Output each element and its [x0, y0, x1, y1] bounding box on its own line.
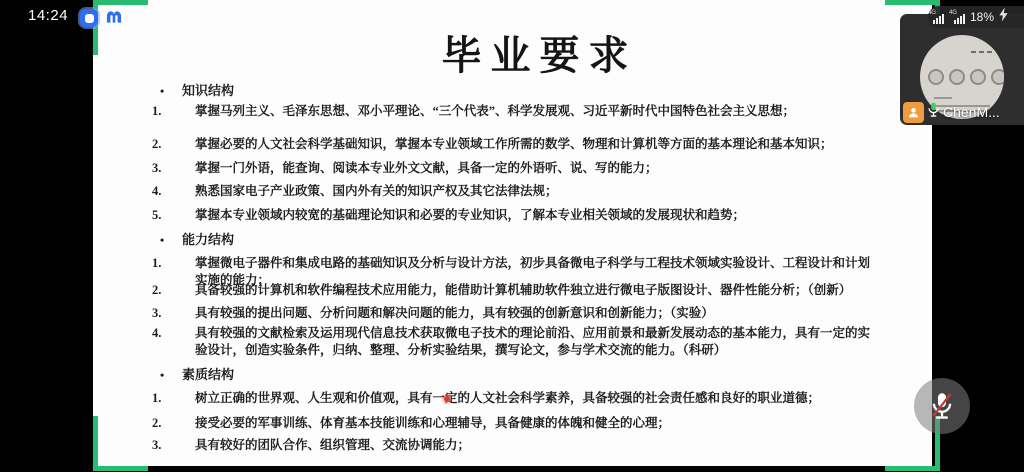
shared-slide: 毕业要求 • 知识结构 1. 掌握马列主义、毛泽东思想、邓小平理论、“三个代表”…: [93, 0, 932, 466]
battery-percent: 18%: [970, 10, 994, 24]
item-text: 掌握一门外语，能查询、阅读本专业外文文献，具备一定的外语听、说、写的能力；: [195, 160, 872, 177]
status-bar-time: 14:24: [28, 7, 68, 24]
participant-video-tile[interactable]: ChenM...: [900, 14, 1024, 125]
section-heading-label: 知识结构: [182, 83, 234, 99]
chat-dot-icon: [85, 14, 94, 23]
item-number: 3.: [152, 305, 195, 322]
avatar-detail: [971, 51, 992, 53]
status-bar-right: 4G 4G 18%: [928, 7, 1008, 27]
section-heading-label: 素质结构: [182, 367, 234, 383]
chat-notification-icon: [80, 9, 98, 27]
signal-strength-icon: 4G: [949, 10, 965, 25]
item-text: 熟悉国家电子产业政策、国内外有关的知识产权及其它法律法规；: [195, 183, 872, 200]
section-heading-label: 能力结构: [182, 232, 234, 248]
item-number: 1.: [152, 103, 195, 120]
item-text: 掌握本专业领域内较宽的基础理论知识和必要的专业知识，了解本专业相关领域的发展现状…: [195, 207, 872, 224]
video-call-screen: 毕业要求 • 知识结构 1. 掌握马列主义、毛泽东思想、邓小平理论、“三个代表”…: [0, 0, 1024, 472]
list-item: 3. 具有较好的团队合作、组织管理、交流协调能力；: [152, 437, 872, 454]
section-heading-knowledge: • 知识结构: [160, 83, 234, 99]
list-item: 5. 掌握本专业领域内较宽的基础理论知识和必要的专业知识，了解本专业相关领域的发…: [152, 207, 872, 224]
list-item: 2. 具备较强的计算机和软件编程技术应用能力，能借助计算机辅助软件独立进行微电子…: [152, 282, 872, 299]
list-item: 4. 具有较强的文献检索及运用现代信息技术获取微电子技术的理论前沿、应用前景和最…: [152, 325, 872, 359]
signal-strength-icon: 4G: [928, 10, 944, 25]
item-number: 3.: [152, 160, 195, 177]
item-text: 接受必要的军事训练、体育基本技能训练和心理辅导，具备健康的体魄和健全的心理；: [195, 415, 872, 432]
avatar-detail: [934, 97, 952, 99]
list-item: 2. 接受必要的军事训练、体育基本技能训练和心理辅导，具备健康的体魄和健全的心理…: [152, 415, 872, 432]
item-text: 具有较强的提出问题、分析问题和解决问题的能力，具有较强的创新意识和创新能力；（实…: [195, 305, 872, 322]
section-heading-ability: • 能力结构: [160, 232, 234, 248]
list-item: 2. 掌握必要的人文社会科学基础知识，掌握本专业领域工作所需的数学、物理和计算机…: [152, 136, 872, 153]
item-number: 4.: [152, 183, 195, 200]
participant-name: ChenM...: [943, 104, 1000, 120]
item-number: 1.: [152, 390, 195, 407]
charging-bolt-icon: [999, 7, 1008, 27]
item-text: 具有较强的文献检索及运用现代信息技术获取微电子技术的理论前沿、应用前景和最新发展…: [195, 325, 872, 359]
app-notification-icon: [106, 10, 122, 24]
speaking-mic-icon: [926, 101, 941, 123]
avatar-detail: [928, 69, 1004, 85]
participant-name-row: ChenM...: [903, 101, 1000, 123]
item-number: 2.: [152, 282, 195, 299]
item-number: 3.: [152, 437, 195, 454]
muted-mic-icon: [928, 391, 956, 421]
bullet-icon: •: [160, 232, 182, 248]
capture-bracket-bottom-left-icon: [93, 416, 148, 471]
bullet-icon: •: [160, 367, 182, 383]
item-text: 具备较强的计算机和软件编程技术应用能力，能借助计算机辅助软件独立进行微电子版图设…: [195, 282, 872, 299]
item-text: 掌握必要的人文社会科学基础知识，掌握本专业领域工作所需的数学、物理和计算机等方面…: [195, 136, 872, 153]
laser-pointer-dot: [444, 396, 450, 402]
item-text: 树立正确的世界观、人生观和价值观，具有一定的人文社会科学素养，具备较强的社会责任…: [195, 390, 872, 407]
item-number: 5.: [152, 207, 195, 224]
item-number: 2.: [152, 136, 195, 153]
capture-bracket-top-left-icon: [93, 0, 148, 55]
member-badge-icon: [903, 102, 924, 123]
item-text: 具有较好的团队合作、组织管理、交流协调能力；: [195, 437, 872, 454]
bullet-icon: •: [160, 83, 182, 99]
slide-title: 毕业要求: [120, 24, 959, 81]
list-item: 4. 熟悉国家电子产业政策、国内外有关的知识产权及其它法律法规；: [152, 183, 872, 200]
mute-microphone-button[interactable]: [914, 378, 970, 434]
list-item: 3. 具有较强的提出问题、分析问题和解决问题的能力，具有较强的创新意识和创新能力…: [152, 305, 872, 322]
list-item: 1. 树立正确的世界观、人生观和价值观，具有一定的人文社会科学素养，具备较强的社…: [152, 390, 872, 407]
item-number: 2.: [152, 415, 195, 432]
item-number: 4.: [152, 325, 195, 359]
list-item: 1. 掌握马列主义、毛泽东思想、邓小平理论、“三个代表”、科学发展观、习近平新时…: [152, 103, 872, 120]
item-text: 掌握马列主义、毛泽东思想、邓小平理论、“三个代表”、科学发展观、习近平新时代中国…: [195, 103, 872, 120]
list-item: 3. 掌握一门外语，能查询、阅读本专业外文文献，具备一定的外语听、说、写的能力；: [152, 160, 872, 177]
section-heading-quality: • 素质结构: [160, 367, 234, 383]
